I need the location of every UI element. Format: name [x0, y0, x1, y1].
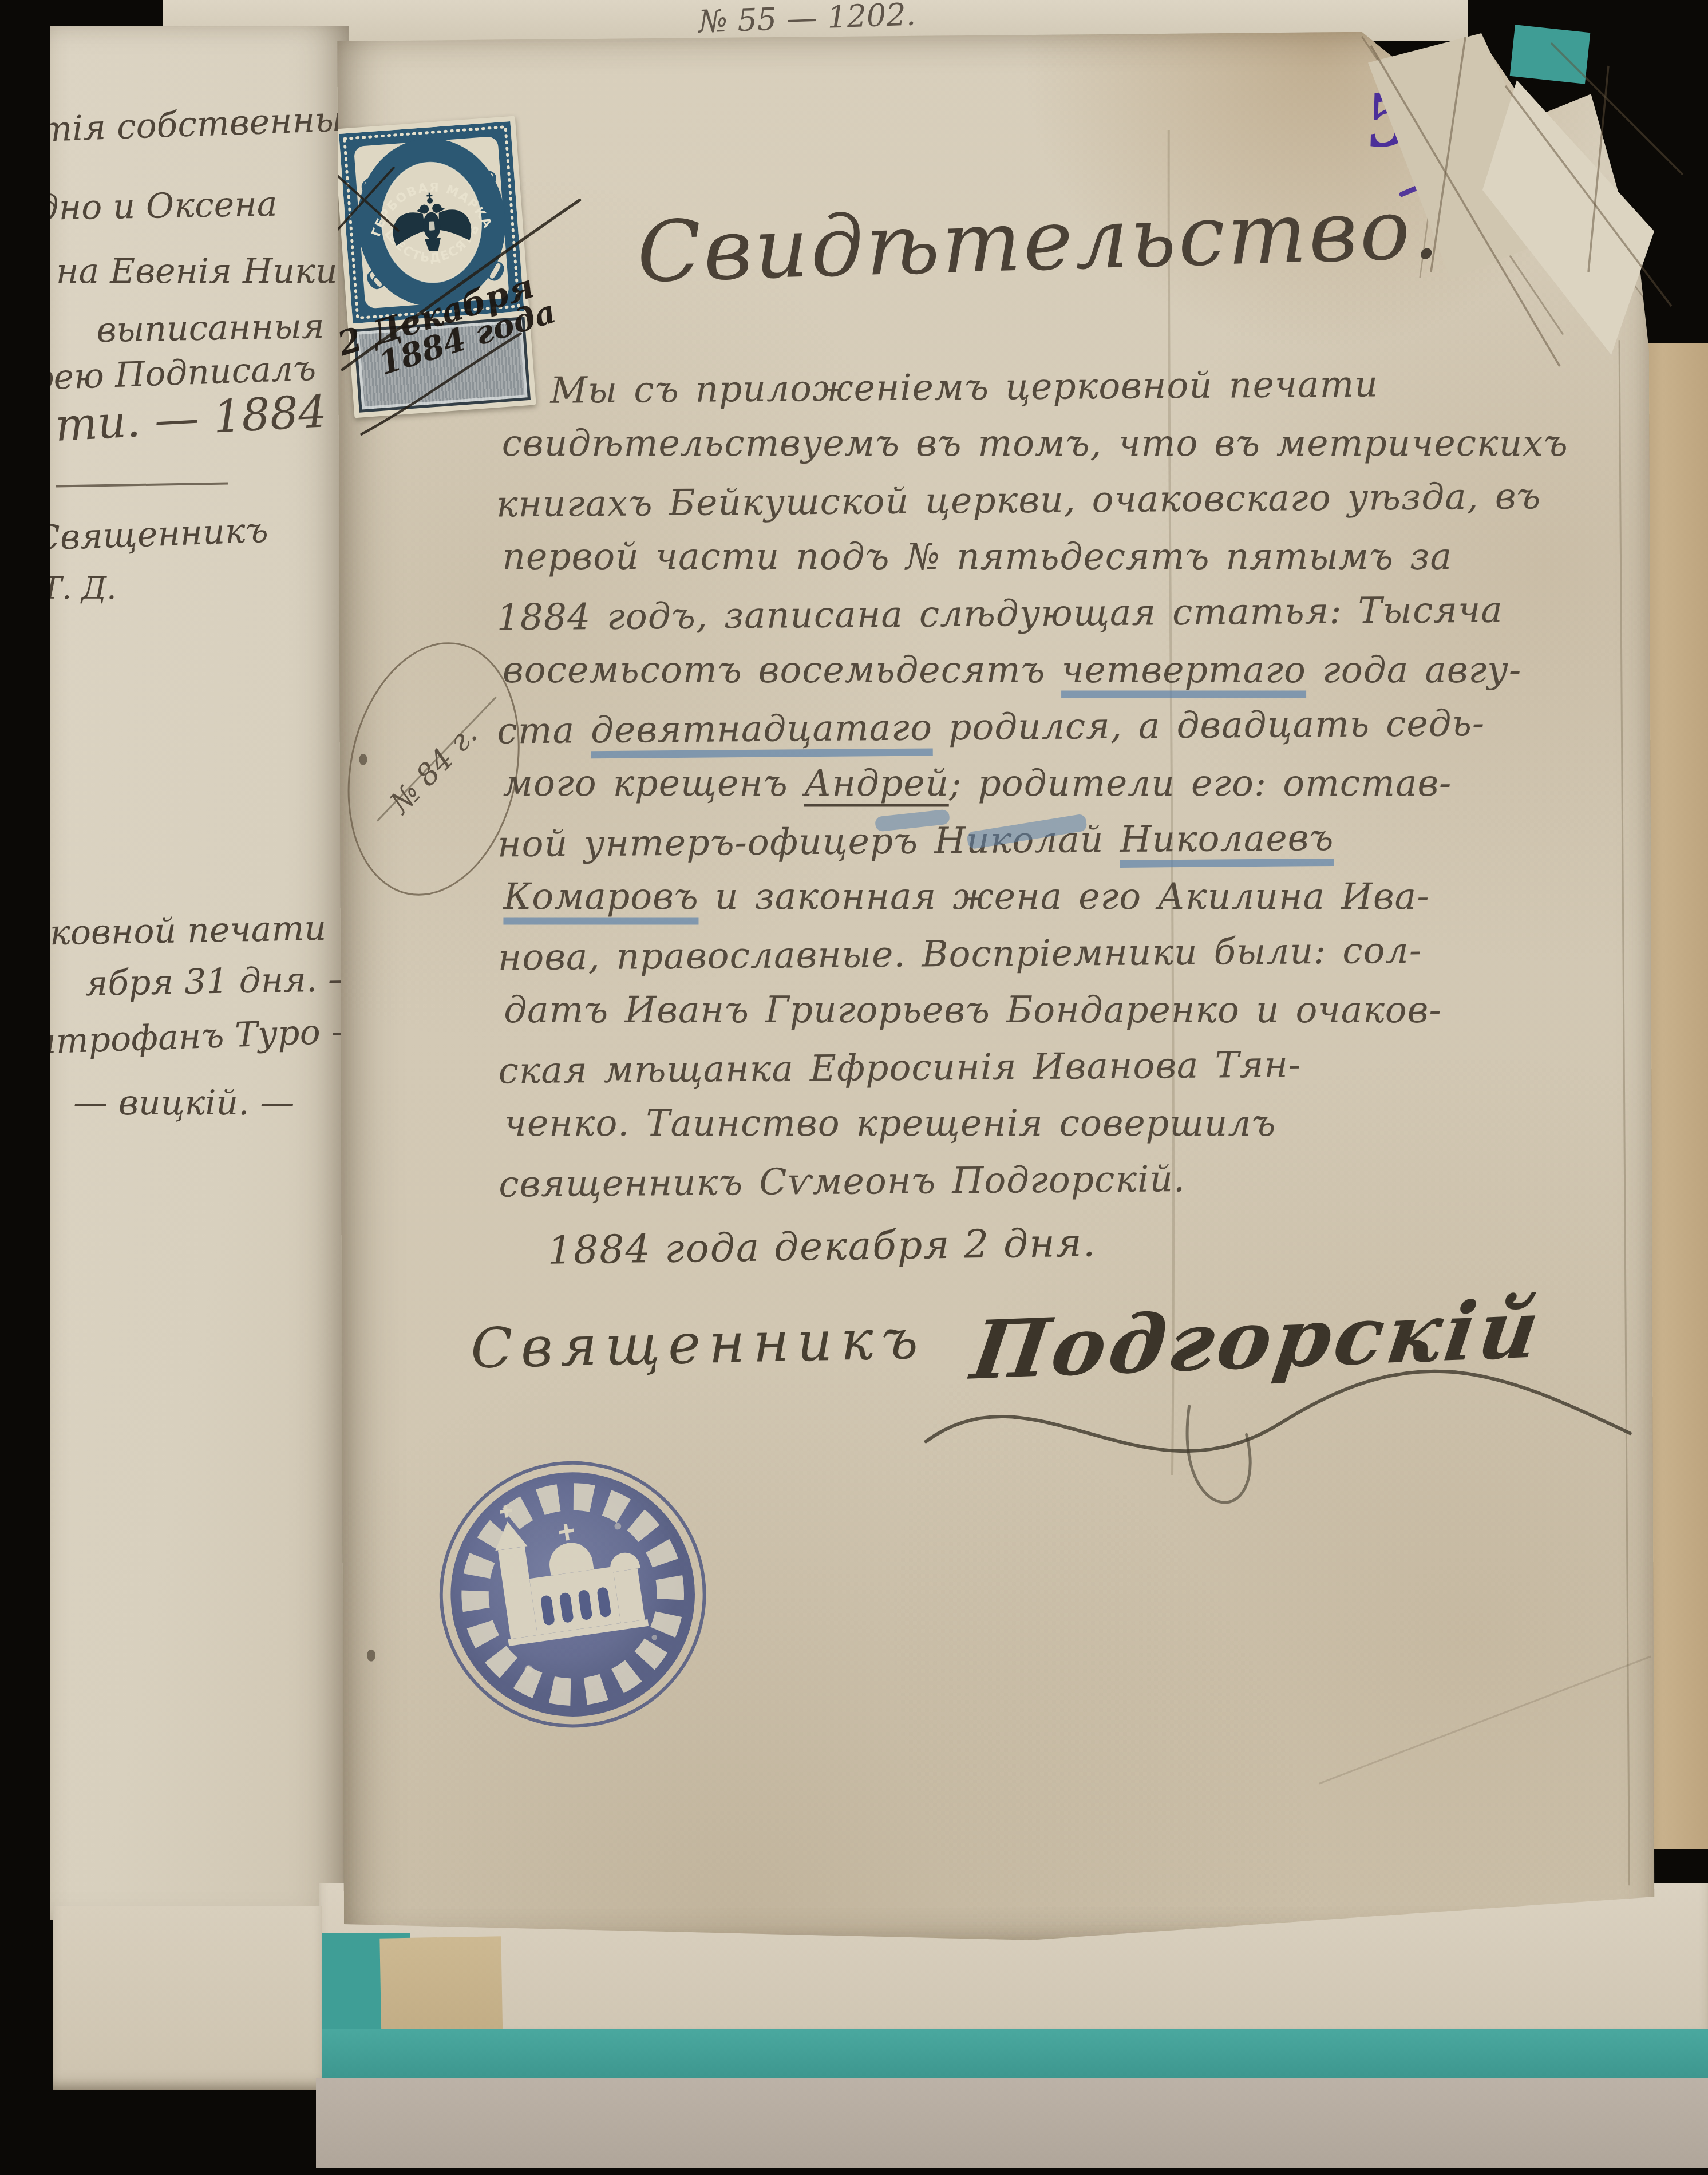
archival-number-note: № 55 — 1202. — [698, 0, 916, 39]
certificate-body-line: Мы съ приложеніемъ церковной печати — [496, 354, 1650, 420]
church-seal-stamp — [419, 1441, 726, 1748]
handwriting-fragment: Т. Д. — [50, 571, 116, 606]
signature-label: Священникъ — [470, 1312, 926, 1377]
left-page-text: тія собственныядно и Оксенана Евенія Ник… — [50, 26, 349, 1920]
certificate-body-line: датъ Иванъ Григорьевъ Бондаренко и очако… — [504, 982, 1651, 1038]
underlined-word: девятнадцатаго — [591, 706, 933, 758]
archival-photo: № 55 — 1202. тія собственныядно и Оксена… — [0, 0, 1708, 2175]
certificate-body: Мы съ приложеніемъ церковной печатисвидѣ… — [496, 356, 1652, 1210]
certificate-body-line: книгахъ Бейкушской церкви, очаковскаго у… — [496, 467, 1650, 533]
handwriting-fragment: — вицкій. — — [73, 1083, 294, 1123]
certificate-body-line: мого крещенъ Андрей; родители его: отста… — [503, 755, 1651, 812]
handwriting-fragment: на Евенія Ники- — [56, 252, 349, 291]
left-adjacent-page: тія собственныядно и Оксенана Евенія Ник… — [50, 26, 349, 1920]
underlined-word: Николаевъ — [1120, 817, 1334, 868]
certificate-body-line: священникъ Сѵмеонъ Подгорскій. — [499, 1147, 1652, 1213]
handwriting-fragment: выписанныя — [96, 307, 325, 350]
certificate-body-line: ста девятнадцатаго родился, а двадцать с… — [497, 694, 1651, 760]
priest-signature: Подгорскій — [967, 1289, 1547, 1391]
handwriting-fragment: рковной печати — [50, 909, 327, 954]
certificate-body-line: свидѣтельствуемъ въ томъ, что въ метриче… — [502, 415, 1650, 472]
certificate-body-line: восемьсотъ восемьдесятъ четвертаго года … — [503, 642, 1650, 698]
underlined-word: Андрей — [804, 762, 949, 807]
handwriting-fragment: Священникъ — [50, 511, 269, 559]
certificate-body-line: нова, православные. Воспріемники были: с… — [497, 920, 1651, 986]
margin-note-text: № 84 г. — [385, 719, 483, 818]
certificate-body-line: ская мѣщанка Ефросинія Иванова Тян- — [498, 1034, 1652, 1100]
handwriting-fragment: дно и Оксена — [50, 185, 278, 228]
handwriting-fragment: ября 31 дня. — — [85, 960, 349, 1004]
underlined-word: Комаровъ — [503, 876, 698, 925]
certificate-page: 60 60 60 60 ГЕРБОВАЯ МАРКА ШЕСТЬДЕСЯТЪ — [337, 31, 1655, 1943]
teal-paper-fragment-top — [1510, 25, 1591, 84]
certificate-body-line: первой части подъ № пятьдесятъ пятымъ за — [502, 528, 1650, 585]
certificate-body-line: Комаровъ и законная жена его Акилина Ива… — [503, 868, 1651, 925]
stacked-page-left — [53, 1906, 322, 2090]
handwriting-fragment: итрофанъ Туро — — [50, 1011, 349, 1062]
certificate-body-line: ченко. Таинство крещенія совершилъ — [504, 1095, 1652, 1152]
certificate-title: Свидѣтельство. — [623, 187, 1456, 295]
cardboard-backing — [316, 2078, 1708, 2168]
certificate-date: 1884 года декабря 2 дня. — [547, 1224, 1097, 1270]
handwriting-fragment: тія собственныя — [50, 99, 349, 150]
pin-hole — [367, 1650, 375, 1662]
certificate-body-line: 1884 годъ, записана слѣдующая статья: Ты… — [496, 580, 1650, 646]
underlined-word: четвертаго — [1061, 649, 1306, 698]
